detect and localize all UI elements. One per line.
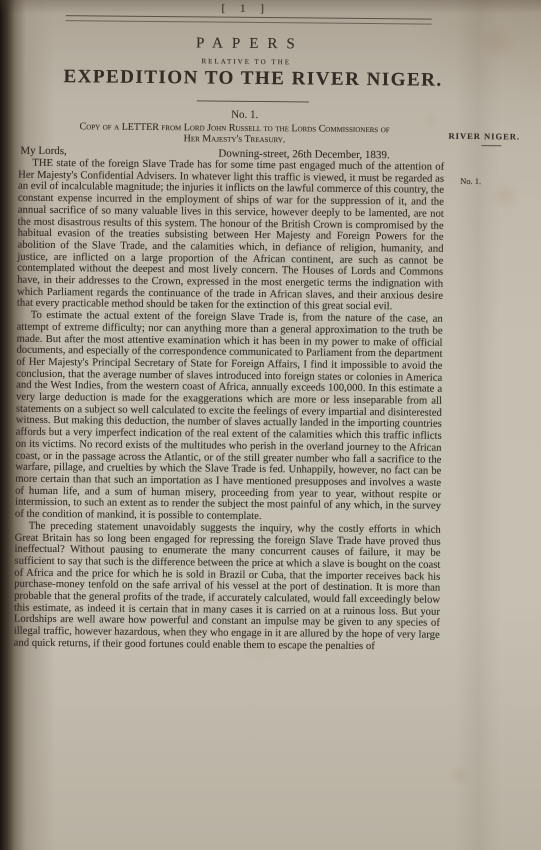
margin-note-running-title: RIVER NIGER.	[448, 131, 520, 142]
scanned-book-page: [ 1 ] PAPERS RELATIVE TO THE EXPEDITION …	[0, 0, 541, 850]
salutation: My Lords,	[20, 145, 67, 157]
page-content: [ 1 ] PAPERS RELATIVE TO THE EXPEDITION …	[0, 0, 541, 850]
series-title: PAPERS	[3, 34, 487, 56]
margin-note-rule	[481, 145, 501, 146]
paragraph: To estimate the actual extent of the for…	[15, 310, 443, 525]
title-rule	[197, 100, 309, 102]
header-double-rule	[66, 15, 432, 25]
main-title: EXPEDITION TO THE RIVER NIGER.	[3, 66, 503, 93]
margin-note-item-number: No. 1.	[460, 176, 481, 186]
margin-notes: RIVER NIGER. No. 1.	[448, 2, 541, 3]
paragraph: THE state of the foreign Slave Trade has…	[17, 158, 444, 314]
letter-body: THE state of the foreign Slave Trade has…	[14, 158, 445, 654]
paragraph: The preceding statement unavoidably sugg…	[14, 520, 441, 653]
